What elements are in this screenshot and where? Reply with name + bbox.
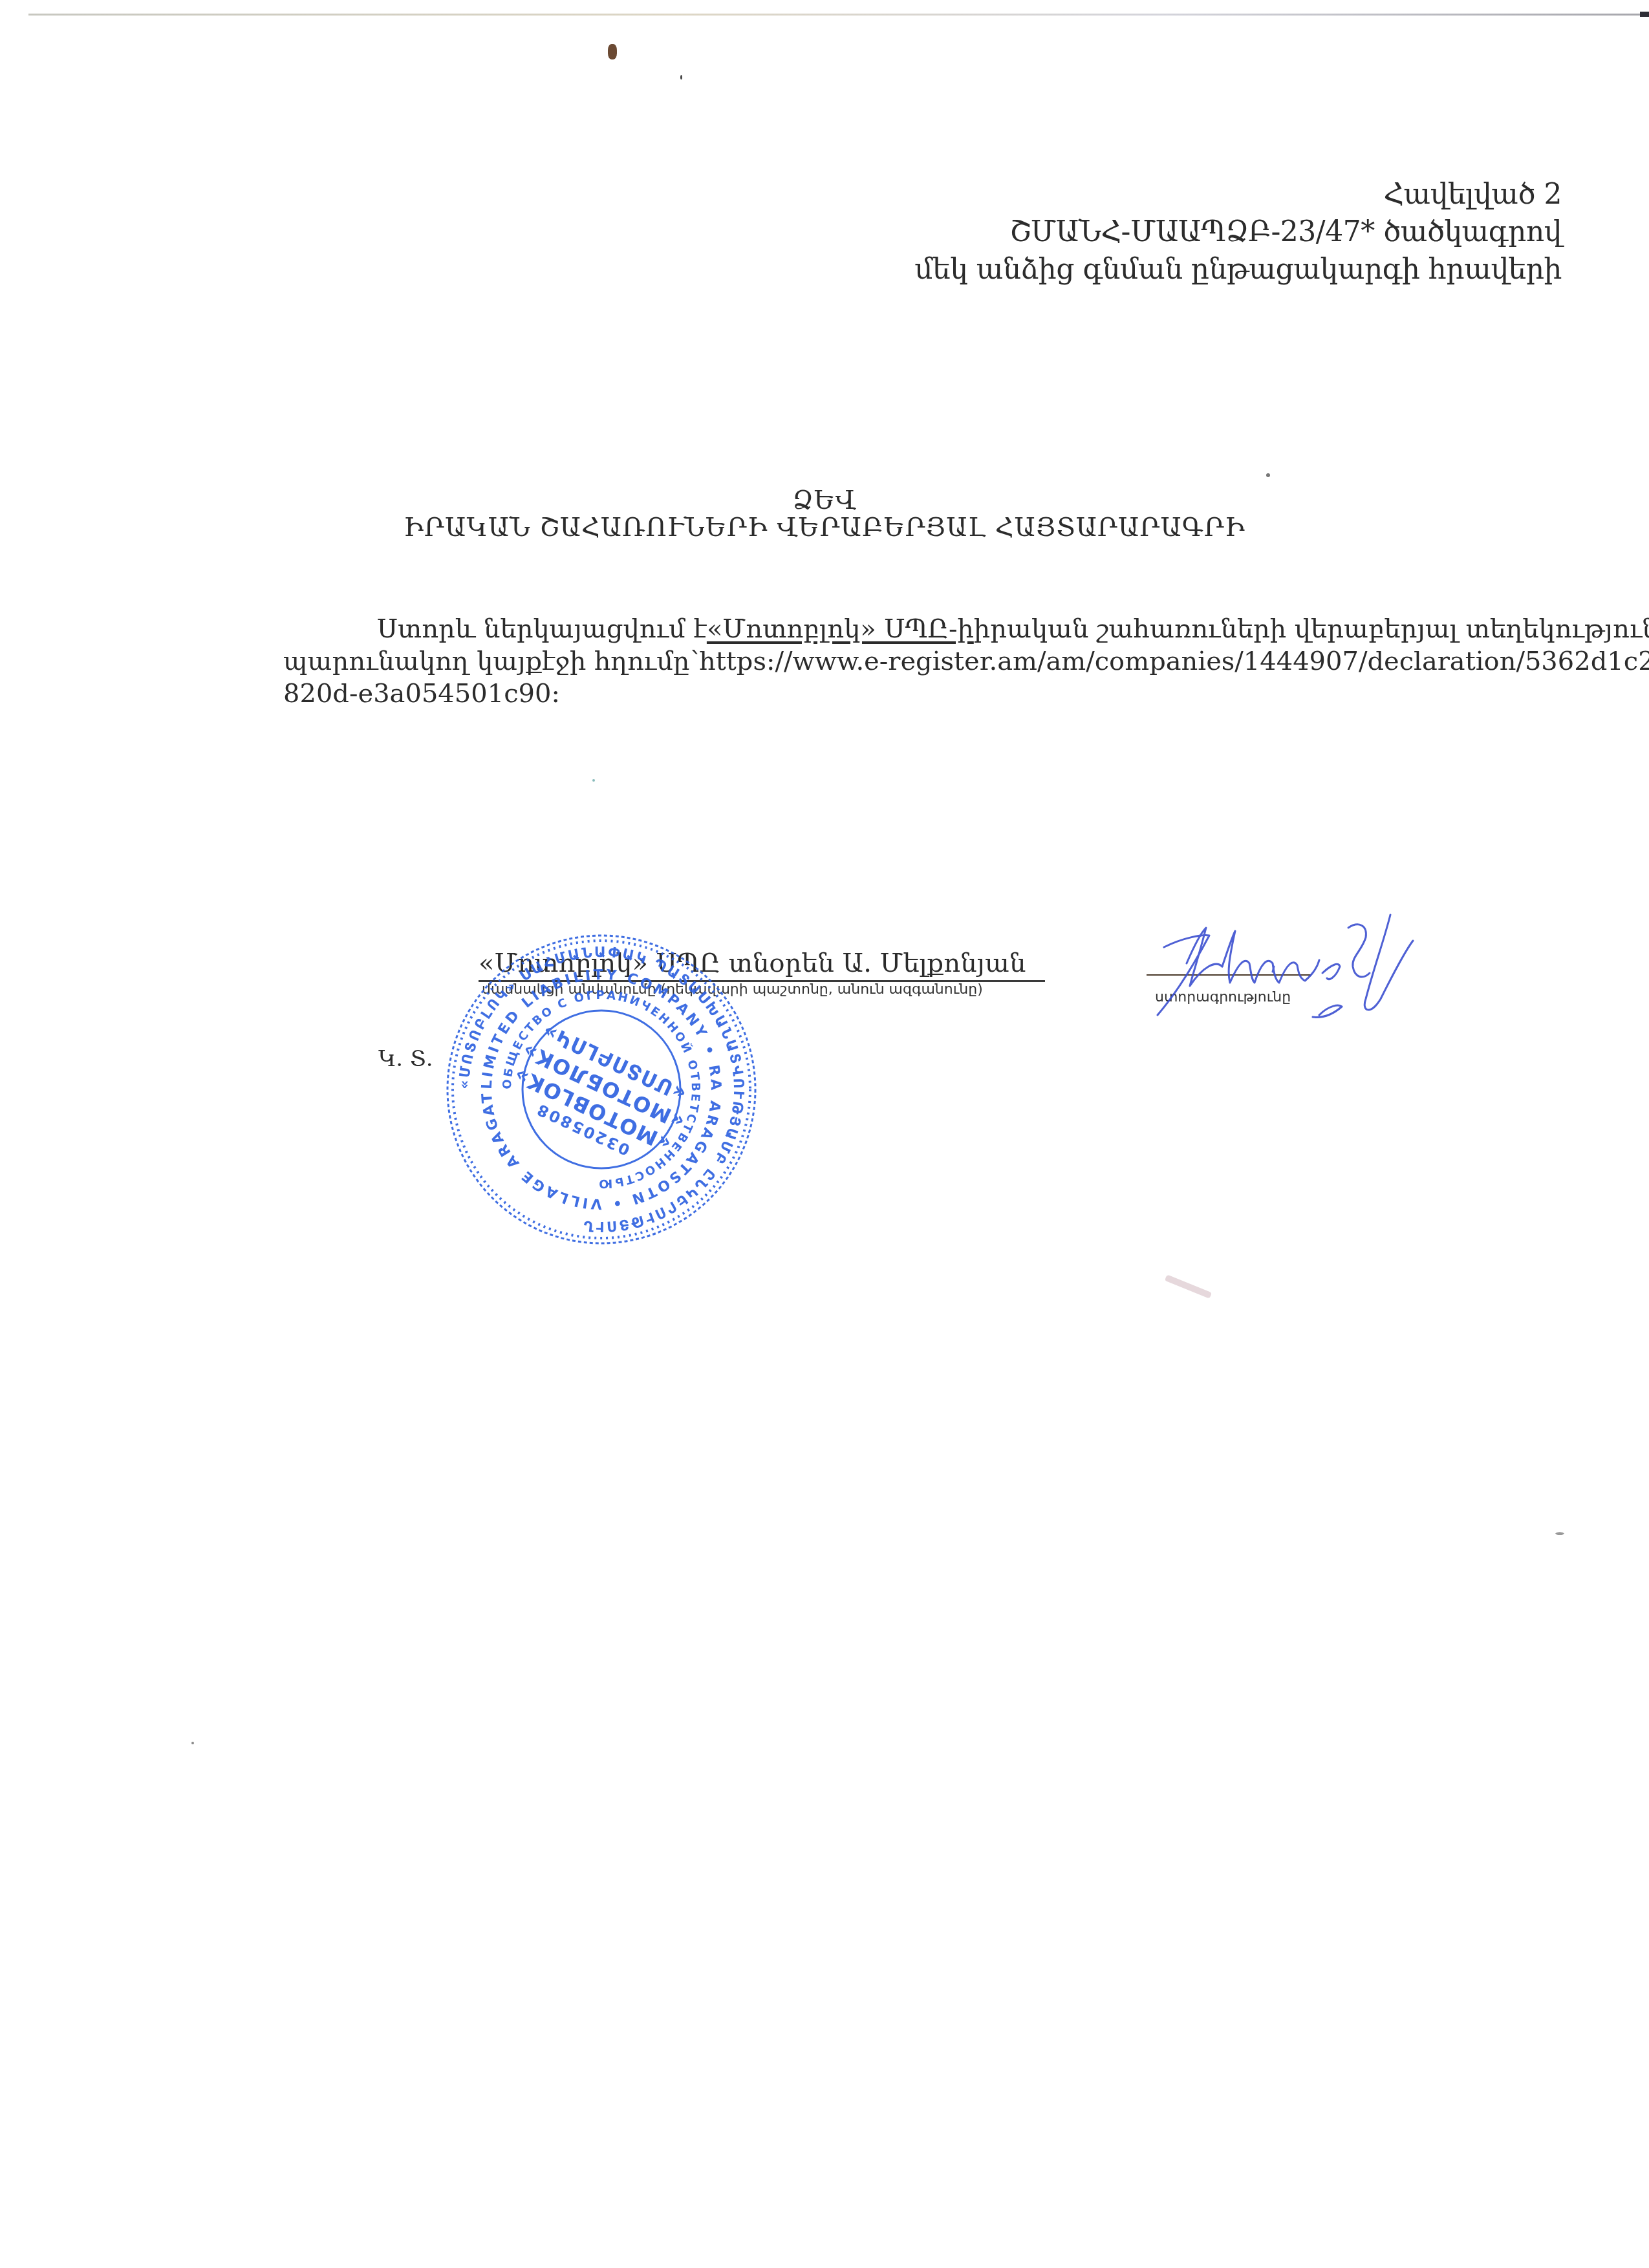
paragraph-line-2: պարունակող կայքէջի հղումը՝ https://www.e… xyxy=(283,645,1564,678)
scan-speck xyxy=(1555,1532,1564,1535)
company-name: «Մոտոբլոկ» ՍՊԸ-ի xyxy=(707,613,974,645)
scan-speck xyxy=(592,779,595,782)
declaration-url[interactable]: https://www.e-register.am/am/companies/1… xyxy=(699,645,1649,678)
seal-placeholder-label: Կ. Տ. xyxy=(378,1046,433,1072)
form-heading: ՁԵՎ xyxy=(0,485,1649,516)
declaration-url-continued[interactable]: 820d-e3a054501c90: xyxy=(283,678,560,710)
scan-speck xyxy=(191,1742,194,1744)
form-title: ԻՐԱԿԱՆ ՇԱՀԱՌՈՒՆԵՐԻ ՎԵՐԱԲԵՐՅԱԼ ՀԱՅՏԱՐԱՐԱԳ… xyxy=(0,512,1649,543)
link-label: պարունակող կայքէջի հղումը՝ xyxy=(283,645,699,678)
intro-text: Ստորև ներկայացվում է xyxy=(377,613,707,645)
scan-speck xyxy=(1165,1274,1212,1298)
scan-edge-line xyxy=(28,14,1649,16)
declaration-paragraph: Ստորև ներկայացվում է «Մոտոբլոկ» ՍՊԸ-ի իր… xyxy=(283,613,1564,710)
scan-speck xyxy=(608,44,617,59)
handwritten-signature xyxy=(1125,902,1429,1031)
annex-code: ՇՄԱՆՀ-ՄԱԱՊՁԲ-23/47* ծածկագրով xyxy=(914,213,1562,251)
annex-number: Հավելված 2 xyxy=(914,176,1562,213)
annex-block: Հավելված 2 ՇՄԱՆՀ-ՄԱԱՊՁԲ-23/47* ծածկագրով… xyxy=(914,176,1562,288)
scan-speck xyxy=(1266,473,1270,477)
scan-corner-mark xyxy=(1640,12,1649,17)
company-stamp: «ՄՈՏՈԲԼՈԿ» ՍԱՀՄԱՆԱՓԱԿ ՊԱՏԱՍԽԱՆԱՏՎՈՒԹՅԱՄԲ… xyxy=(440,931,763,1248)
annex-procedure: մեկ անձից գնման ընթացակարգի հրավերի xyxy=(914,251,1562,288)
intro-rest: իրական շահառուների վերաբերյալ տեղեկությո… xyxy=(974,613,1649,645)
paragraph-line-3: 820d-e3a054501c90: xyxy=(283,678,1564,710)
scan-speck xyxy=(680,75,682,80)
paragraph-line-1: Ստորև ներկայացվում է «Մոտոբլոկ» ՍՊԸ-ի իր… xyxy=(283,613,1564,645)
